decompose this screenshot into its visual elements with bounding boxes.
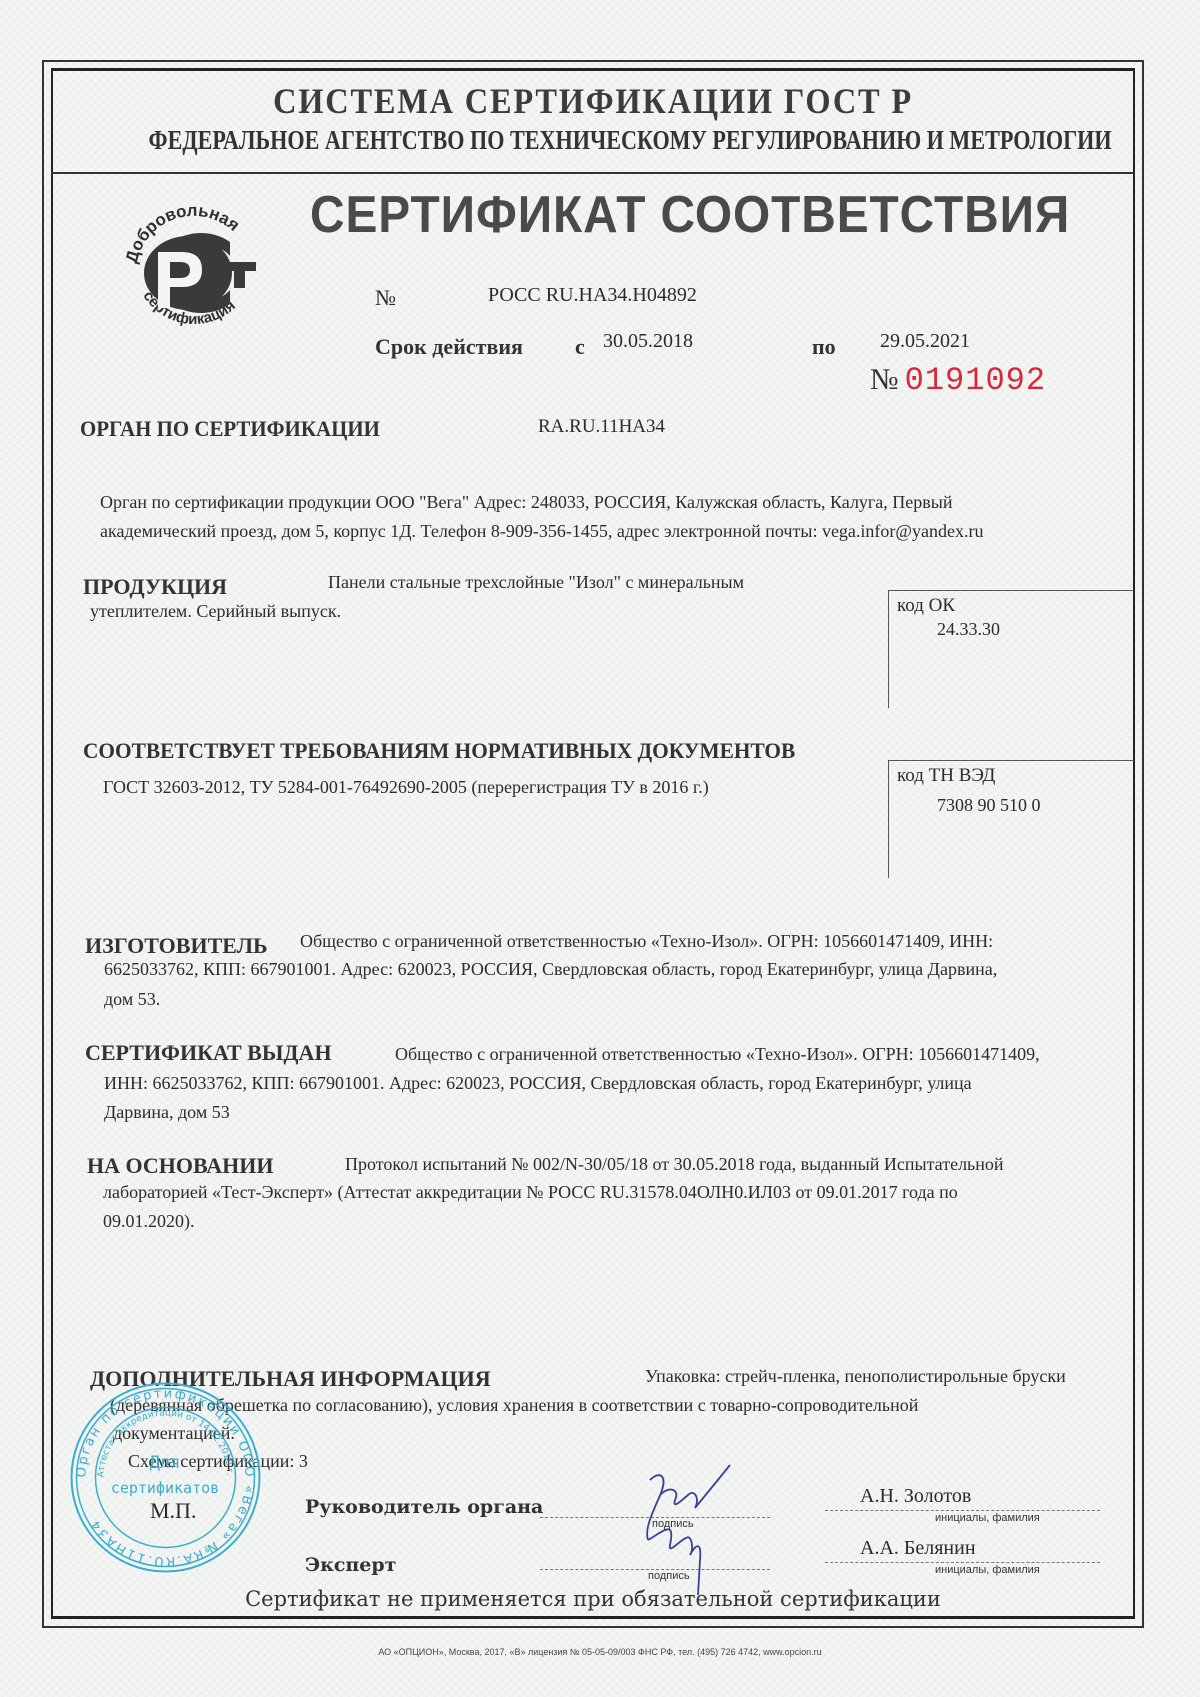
basis-line-1: Протокол испытаний № 002/N-30/05/18 от 3… (345, 1150, 1004, 1179)
expert-name-line (825, 1562, 1100, 1563)
issued-to-line-2: ИНН: 6625033762, КПП: 667901001. Адрес: … (104, 1069, 972, 1098)
agency-title: ФЕДЕРАЛЬНОЕ АГЕНТСТВО ПО ТЕХНИЧЕСКОМУ РЕ… (149, 125, 1038, 156)
valid-to-date: 29.05.2021 (880, 330, 970, 353)
certification-body-stamp-icon: Орган по сертификации ООО «Вега» №RA.RU.… (68, 1380, 263, 1575)
header-divider (51, 172, 1135, 174)
ok-code-box: код ОК 24.33.30 (888, 590, 1134, 708)
certificate-number: РОСС RU.НА34.Н04892 (488, 284, 697, 307)
handwritten-signatures-icon (620, 1460, 760, 1605)
expert-name: А.А. Белянин (860, 1537, 976, 1560)
blank-serial: №0191092 (870, 362, 1046, 399)
certification-body-code: RA.RU.11НА34 (538, 416, 665, 438)
issued-to-heading: СЕРТИФИКАТ ВЫДАН (85, 1040, 332, 1066)
manufacturer-line-2: 6625033762, КПП: 667901001. Адрес: 62002… (104, 955, 997, 984)
expert-name-caption: инициалы, фамилия (935, 1564, 1040, 1576)
system-title: СИСТЕМА СЕРТИФИКАЦИИ ГОСТ Р (105, 80, 1081, 122)
valid-from-label: с (575, 334, 585, 360)
head-name-caption: инициалы, фамилия (935, 1512, 1040, 1524)
additional-line-1: Упаковка: стрейч-пленка, пенополистироль… (645, 1362, 1066, 1391)
conformity-documents: ГОСТ 32603-2012, ТУ 5284-001-76492690-20… (103, 773, 709, 802)
valid-from-date: 30.05.2018 (603, 330, 693, 353)
conformity-heading: СООТВЕТСТВУЕТ ТРЕБОВАНИЯМ НОРМАТИВНЫХ ДО… (83, 738, 795, 764)
valid-to-label: по (812, 334, 836, 360)
tnved-code-label: код ТН ВЭД (897, 765, 1134, 787)
validity-label: Срок действия (375, 334, 523, 360)
issued-to-line-3: Дарвина, дом 53 (104, 1098, 230, 1127)
basis-heading: НА ОСНОВАНИИ (87, 1153, 274, 1179)
product-line-1: Панели стальные трехслойные "Изол" с мин… (328, 568, 744, 597)
certification-body-line-1: Орган по сертификации продукции ООО "Вег… (100, 488, 983, 517)
certification-body-details: Орган по сертификации продукции ООО "Вег… (100, 488, 983, 546)
footer-note: Сертификат не применяется при обязательн… (51, 1587, 1135, 1611)
head-of-body-label: Руководитель органа (305, 1496, 543, 1518)
manufacturer-line-1: Общество с ограниченной ответственностью… (300, 927, 993, 956)
ok-code-value: 24.33.30 (937, 619, 1134, 640)
expert-label: Эксперт (305, 1554, 396, 1576)
basis-line-3: 09.01.2020). (103, 1207, 195, 1236)
tnved-code-value: 7308 90 510 0 (937, 795, 1134, 816)
number-label: № (375, 285, 396, 311)
svg-text:Для: Для (150, 1453, 181, 1473)
certification-body-heading: ОРГАН ПО СЕРТИФИКАЦИИ (80, 416, 380, 442)
basis-line-2: лабораторией «Тест-Эксперт» (Аттестат ак… (103, 1178, 958, 1207)
issued-to-line-1: Общество с ограниченной ответственностью… (395, 1040, 1040, 1069)
certification-body-line-2: академический проезд, дом 5, корпус 1Д. … (100, 517, 983, 546)
serial-label: № (870, 363, 899, 396)
product-line-2: утеплителем. Серийный выпуск. (90, 597, 341, 626)
rst-voluntary-certification-logo-icon: Добровольная сертификация (118, 190, 268, 340)
head-name-line (825, 1510, 1100, 1511)
printer-imprint: АО «ОПЦИОН», Москва, 2017, «В» лицензия … (0, 1647, 1200, 1657)
manufacturer-line-3: дом 53. (104, 985, 160, 1014)
serial-number: 0191092 (905, 362, 1046, 399)
svg-text:сертификатов: сертификатов (111, 1479, 219, 1497)
seal-place-label: М.П. (150, 1498, 196, 1524)
tnved-code-box: код ТН ВЭД 7308 90 510 0 (888, 760, 1134, 878)
ok-code-label: код ОК (897, 595, 1134, 617)
head-name: А.Н. Золотов (860, 1485, 971, 1508)
certificate-title: СЕРТИФИКАТ СООТВЕТСТВИЯ (310, 185, 1070, 245)
